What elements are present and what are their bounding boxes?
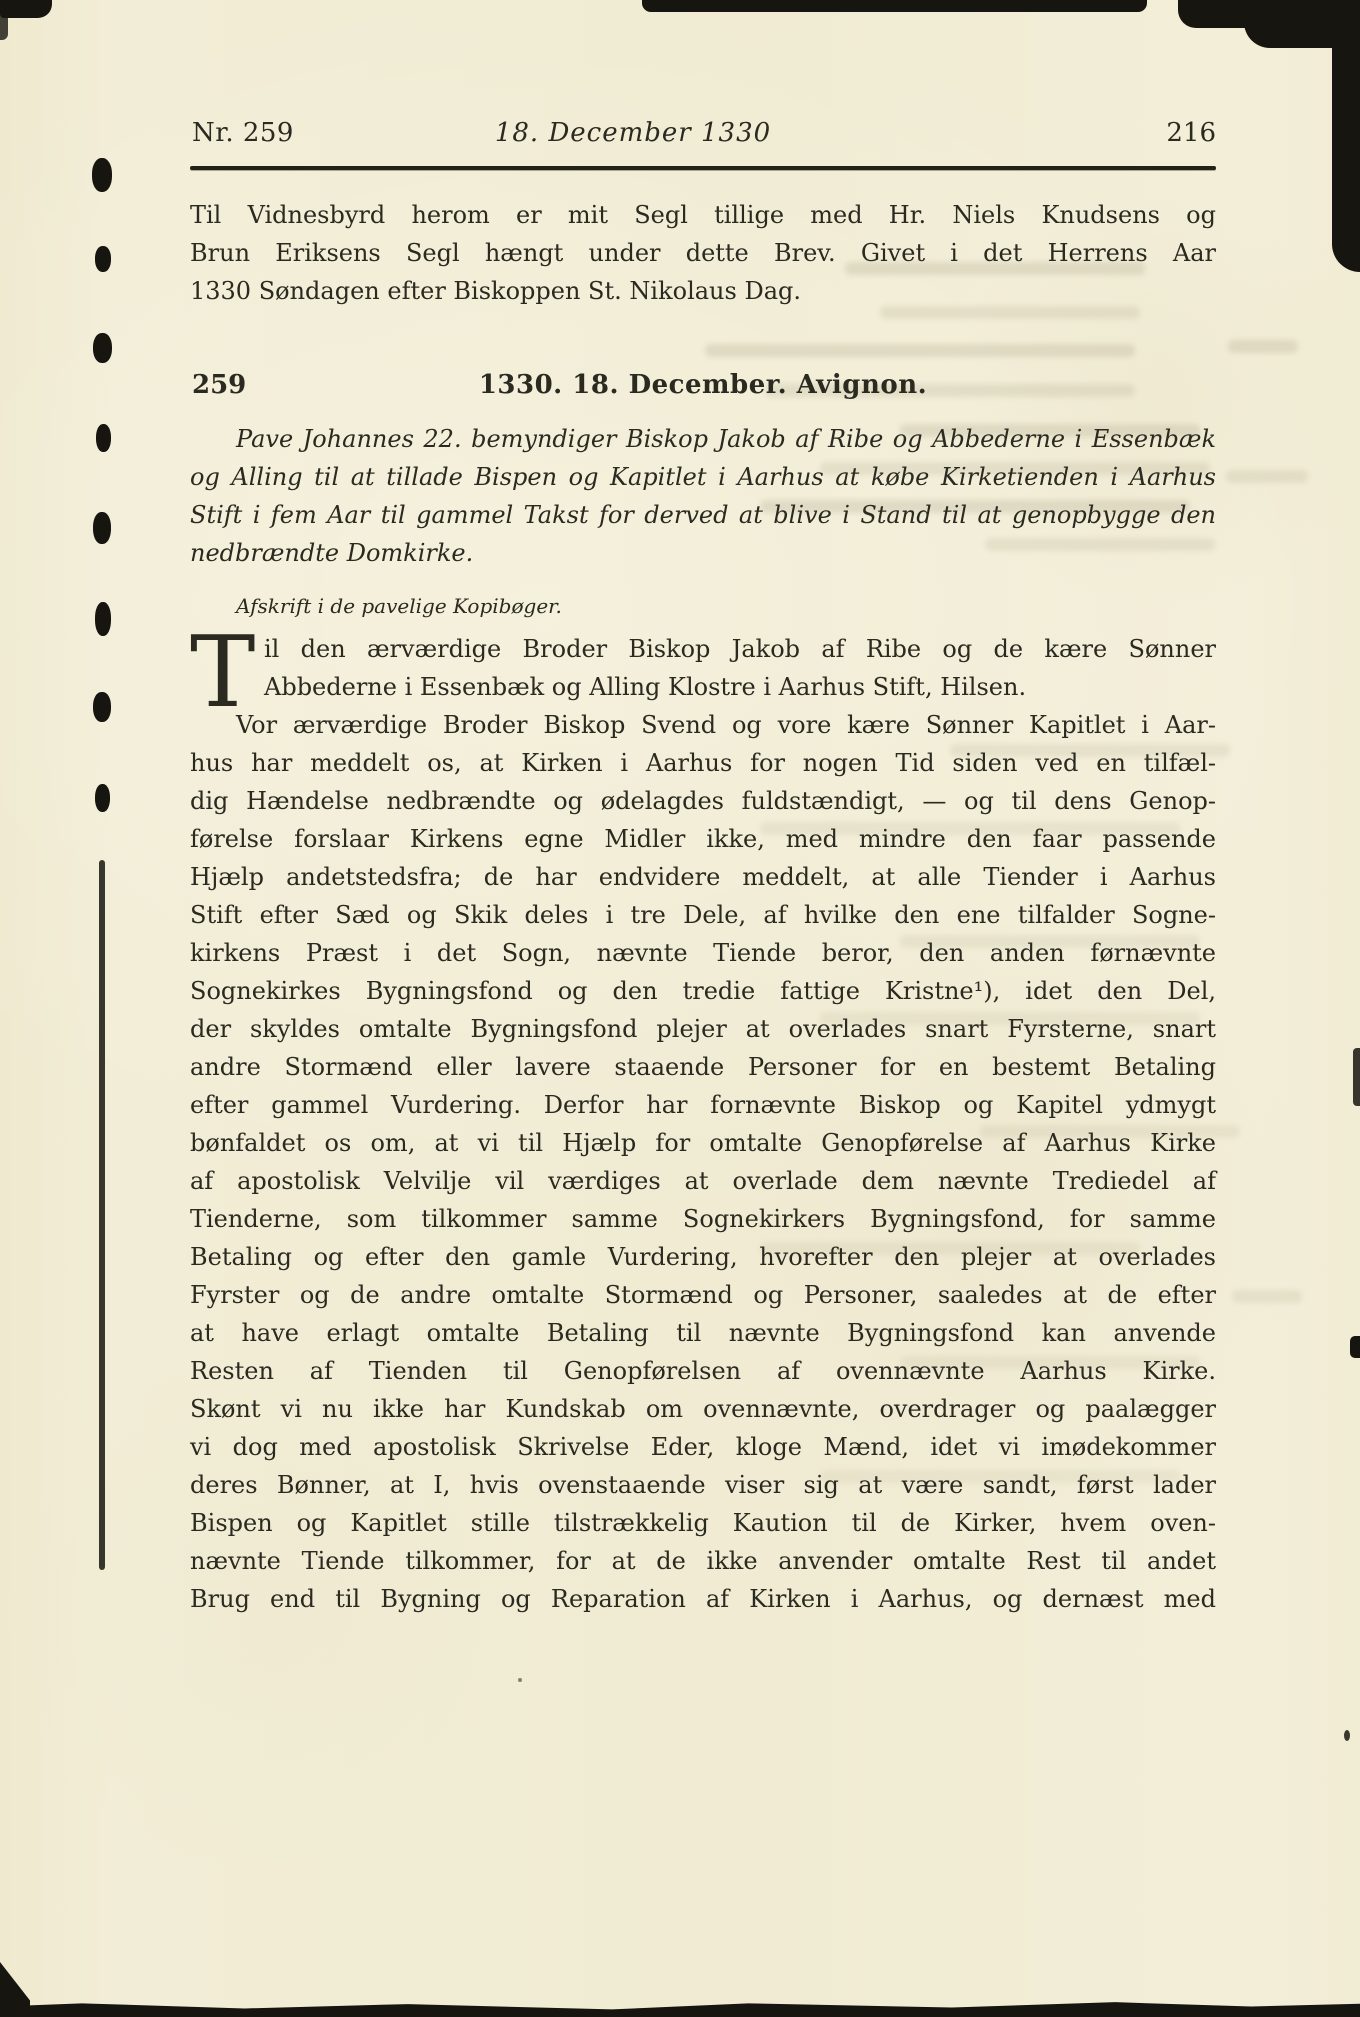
text-line: Stift i fem Aar til gammel Takst for der… [190, 496, 1216, 534]
text-line: Vor ærværdige Broder Biskop Svend og vor… [190, 706, 1216, 744]
text-line: andre Stormænd eller lavere staaende Per… [190, 1048, 1216, 1086]
text-line: efter gammel Vurdering. Derfor har fornæ… [190, 1086, 1216, 1124]
bleed-through-smudge [1232, 1290, 1302, 1303]
letter-body-lines: il den ærværdige Broder Biskop Jakob af … [190, 630, 1216, 1618]
entry-summary: Pave Johannes 22. bemyndiger Biskop Jako… [190, 420, 1216, 572]
scan-artifact-left-strip [99, 860, 105, 1570]
scan-artifact-right-nub [1353, 1048, 1360, 1106]
text-line: Brug end til Bygning og Reparation af Ki… [190, 1580, 1216, 1618]
scan-artifact-left-blob [95, 246, 111, 272]
entry-number: 259 [192, 370, 246, 400]
text-line: og Alling til at tillade Bispen og Kapit… [190, 458, 1216, 496]
text-line: Tienderne, som tilkommer samme Sognekirk… [190, 1200, 1216, 1238]
scan-artifact-left-blob [93, 512, 111, 544]
text-line: Hjælp andetstedsfra; de har endvidere me… [190, 858, 1216, 896]
text-line: Betaling og efter den gamle Vurdering, h… [190, 1238, 1216, 1276]
scan-artifact-left-blob [95, 784, 110, 812]
text-line: hus har meddelt os, at Kirken i Aarhus f… [190, 744, 1216, 782]
text-line: il den ærværdige Broder Biskop Jakob af … [190, 630, 1216, 668]
text-line: Resten af Tienden til Genopførelsen af o… [190, 1352, 1216, 1390]
scanned-book-page: Nr. 259 18. December 1330 216 Til Vidnes… [0, 0, 1360, 2017]
scan-artifact-left-blob [95, 602, 111, 636]
scan-artifact-left-blob [96, 424, 111, 452]
text-line: kirkens Præst i det Sogn, nævnte Tiende … [190, 934, 1216, 972]
text-line: dig Hændelse nedbrændte og ødelagdes ful… [190, 782, 1216, 820]
bleed-through-smudge [1228, 340, 1298, 353]
text-line: 1330 Søndagen efter Biskoppen St. Nikola… [190, 272, 1216, 310]
text-line: vi dog med apostolisk Skrivelse Eder, kl… [190, 1428, 1216, 1466]
text-line: Skønt vi nu ikke har Kundskab om ovennæv… [190, 1390, 1216, 1428]
page-number: 216 [1166, 118, 1216, 148]
text-line: bønfaldet os om, at vi til Hjælp for omt… [190, 1124, 1216, 1162]
text-line: Sognekirkes Bygningsfond og den tredie f… [190, 972, 1216, 1010]
scan-artifact-left-blob [92, 158, 112, 192]
text-line: af apostolisk Velvilje vil værdiges at o… [190, 1162, 1216, 1200]
text-line: Fyrster og de andre omtalte Stormænd og … [190, 1276, 1216, 1314]
scan-artifact-left-blob [93, 692, 111, 722]
text-line: førelse forslaar Kirkens egne Midler ikk… [190, 820, 1216, 858]
bleed-through-smudge [1226, 470, 1308, 483]
text-line: nedbrændte Domkirke. [190, 534, 1216, 572]
text-line: Abbederne i Essenbæk og Alling Klostre i… [190, 668, 1216, 706]
scan-artifact-top-bar [642, 0, 1147, 12]
letter-body: T il den ærværdige Broder Biskop Jakob a… [190, 630, 1216, 1618]
text-line: Bispen og Kapitlet stille tilstrækkelig … [190, 1504, 1216, 1542]
scan-artifact-speck [1344, 1730, 1350, 1741]
source-note: Afskrift i de pavelige Kopibøger. [190, 594, 1216, 618]
scan-artifact-bottom-band [0, 1998, 1360, 2017]
text-line: Brun Eriksens Segl hængt under dette Bre… [190, 234, 1216, 272]
header-rule [190, 166, 1216, 170]
entry-heading: 259 1330. 18. December. Avignon. [190, 370, 1216, 406]
text-line: nævnte Tiende tilkommer, for at de ikke … [190, 1542, 1216, 1580]
text-line: Stift efter Sæd og Skik deles i tre Dele… [190, 896, 1216, 934]
scan-artifact-speck [518, 1678, 522, 1682]
text-line: deres Bønner, at I, hvis ovenstaaende vi… [190, 1466, 1216, 1504]
drop-cap: T [190, 632, 254, 706]
scan-artifact-right-nub [1350, 1336, 1360, 1358]
running-header: Nr. 259 18. December 1330 216 [190, 118, 1216, 154]
text-line: at have erlagt omtalte Betaling til nævn… [190, 1314, 1216, 1352]
intro-paragraph: Til Vidnesbyrd herom er mit Segl tillige… [190, 196, 1216, 310]
entry-date-place: 1330. 18. December. Avignon. [479, 370, 927, 400]
scan-artifact-left-blob [93, 333, 112, 363]
scan-artifact-right-strip [1332, 0, 1360, 272]
page-content: Nr. 259 18. December 1330 216 Til Vidnes… [190, 118, 1216, 1618]
running-date: 18. December 1330 [120, 118, 1146, 148]
text-line: Til Vidnesbyrd herom er mit Segl tillige… [190, 196, 1216, 234]
scan-artifact-bottom-left [0, 1962, 30, 2017]
text-line: Pave Johannes 22. bemyndiger Biskop Jako… [190, 420, 1216, 458]
scan-artifact-top-left [0, 0, 8, 40]
text-line: der skyldes omtalte Bygningsfond plejer … [190, 1010, 1216, 1048]
